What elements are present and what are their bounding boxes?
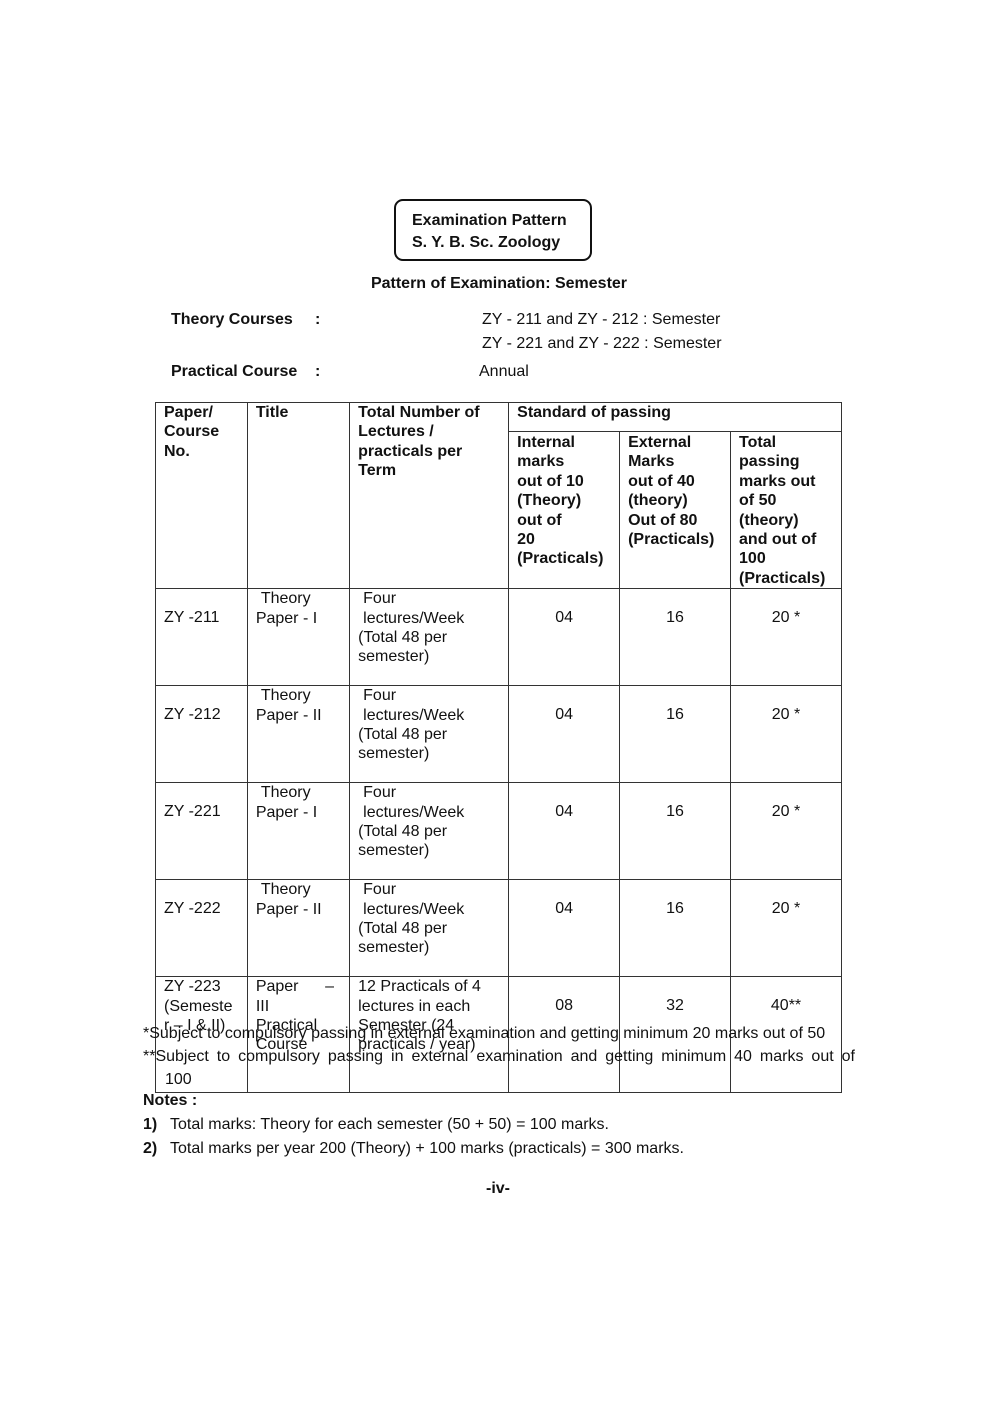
table-row: ZY -222 Theory Paper - II Four lectures/… (156, 880, 842, 977)
cell-external: 16 (620, 589, 731, 686)
theory-courses-value-1: ZY - 211 and ZY - 212 : Semester (482, 311, 720, 329)
note-text: Total marks per year 200 (Theory) + 100 … (170, 1140, 684, 1157)
cell-lectures: Four lectures/Week (Total 48 per semeste… (350, 589, 509, 686)
note-number: 1) (143, 1116, 170, 1134)
cell-title: Theory Paper - I (247, 589, 349, 686)
note-item: 1)Total marks: Theory for each semester … (143, 1116, 609, 1134)
table-header-row: Paper/ Course No. Title Total Number of … (156, 403, 842, 432)
header-internal-marks: Internal marks out of 10 (Theory) out of… (509, 432, 620, 589)
theory-courses-colon: : (315, 311, 320, 329)
cell-lectures: Four lectures/Week (Total 48 per semeste… (350, 880, 509, 977)
cell-internal: 04 (509, 589, 620, 686)
table-row: ZY -211 Theory Paper - I Four lectures/W… (156, 589, 842, 686)
table-row: ZY -212 Theory Paper - II Four lectures/… (156, 686, 842, 783)
footnote-double-asterisk-continued: 100 (165, 1068, 192, 1091)
cell-total: 20 * (731, 589, 842, 686)
cell-lectures: Four lectures/Week (Total 48 per semeste… (350, 686, 509, 783)
cell-external: 16 (620, 686, 731, 783)
header-lectures: Total Number of Lectures / practicals pe… (350, 403, 509, 589)
practical-course-colon: : (315, 363, 320, 381)
cell-total: 20 * (731, 880, 842, 977)
theory-courses-label: Theory Courses (171, 311, 293, 329)
note-item: 2)Total marks per year 200 (Theory) + 10… (143, 1140, 684, 1158)
table-row: ZY -221 Theory Paper - I Four lectures/W… (156, 783, 842, 880)
theory-courses-value-2: ZY - 221 and ZY - 222 : Semester (482, 335, 722, 353)
page-number: -iv- (0, 1180, 992, 1198)
title-line-2: S. Y. B. Sc. Zoology (412, 232, 590, 254)
header-total-passing: Total passing marks out of 50 (theory) a… (731, 432, 842, 589)
footnote-double-asterisk: **Subject to compulsory passing in exter… (143, 1045, 855, 1068)
practical-course-label: Practical Course (171, 363, 297, 381)
cell-lectures: Four lectures/Week (Total 48 per semeste… (350, 783, 509, 880)
header-external-marks: External Marks out of 40 (theory) Out of… (620, 432, 731, 589)
cell-total: 20 * (731, 783, 842, 880)
cell-course: ZY -221 (156, 783, 248, 880)
cell-course: ZY -212 (156, 686, 248, 783)
note-text: Total marks: Theory for each semester (5… (170, 1116, 609, 1133)
header-standard-of-passing: Standard of passing (509, 403, 842, 432)
cell-total: 20 * (731, 686, 842, 783)
cell-course: ZY -211 (156, 589, 248, 686)
exam-pattern-table: Paper/ Course No. Title Total Number of … (155, 402, 842, 1093)
cell-external: 16 (620, 880, 731, 977)
cell-title: Theory Paper - II (247, 686, 349, 783)
cell-title: Theory Paper - II (247, 880, 349, 977)
title-line-1: Examination Pattern (412, 210, 590, 232)
title-box: Examination Pattern S. Y. B. Sc. Zoology (394, 199, 592, 261)
header-paper-course: Paper/ Course No. (156, 403, 248, 589)
footnote-single-asterisk: *Subject to compulsory passing in extern… (143, 1022, 825, 1045)
header-title: Title (247, 403, 349, 589)
cell-course: ZY -222 (156, 880, 248, 977)
notes-heading: Notes : (143, 1092, 197, 1110)
cell-external: 16 (620, 783, 731, 880)
practical-course-value: Annual (479, 363, 529, 381)
cell-internal: 04 (509, 880, 620, 977)
page-subtitle: Pattern of Examination: Semester (0, 275, 992, 293)
note-number: 2) (143, 1140, 170, 1158)
cell-internal: 04 (509, 783, 620, 880)
cell-internal: 04 (509, 686, 620, 783)
cell-title: Theory Paper - I (247, 783, 349, 880)
